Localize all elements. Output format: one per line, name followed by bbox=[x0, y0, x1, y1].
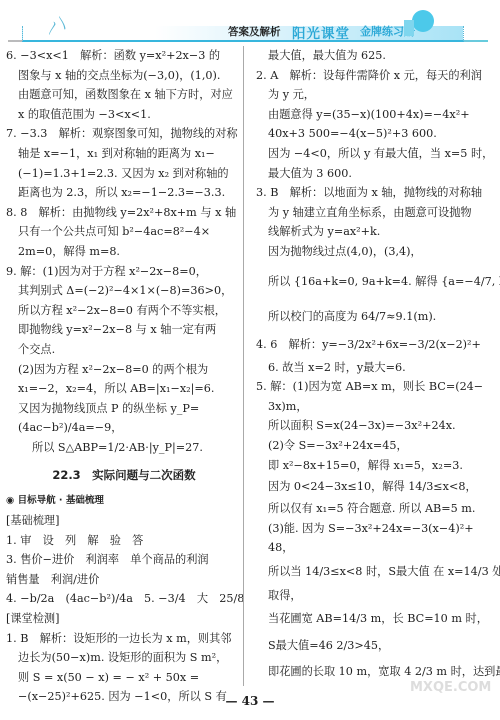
nav-tag: ◉ 目标导航 · 基础梳理 bbox=[6, 491, 242, 511]
text-line: 边长为(50−x)m. 设矩形的面积为 S m²， bbox=[6, 648, 242, 668]
text-line: 最大值为 3 600. bbox=[256, 164, 492, 184]
text-line: 销售量 利润/进价 bbox=[6, 570, 242, 590]
text-line: 由题意可知，函数图象在 x 轴下方时，对应 bbox=[6, 85, 242, 105]
nav-tag-label: 目标导航 · 基础梳理 bbox=[18, 495, 104, 506]
subsection-heading: [课堂检测] bbox=[6, 609, 242, 629]
text-line: 1. 审 设 列 解 验 答 bbox=[6, 531, 242, 551]
text-line: 6. 故当 x=2 时，y最大=6. bbox=[256, 358, 492, 378]
text-line: 所以方程 x²−2x−8=0 有两个不等实根， bbox=[6, 301, 242, 321]
text-line: 又因为抛物线顶点 P 的纵坐标 y_P= bbox=[6, 399, 242, 419]
text-line: 3. B 解析：以地面为 x 轴，抛物线的对称轴 bbox=[256, 183, 492, 203]
text-line: 2. A 解析：设每件需降价 x 元，每天的利润 bbox=[256, 66, 492, 86]
watermark: MXQE.COM bbox=[410, 680, 491, 695]
page-number: — 43 — bbox=[0, 694, 500, 708]
text-line: x₁=−2，x₂=4，所以 AB=|x₁−x₂|=6. bbox=[6, 379, 242, 399]
text-line: 7. −3.3 解析：观察图象可知，抛物线的对称 bbox=[6, 124, 242, 144]
text-line: 40x+3 500=−4(x−5)²+3 600. bbox=[256, 124, 492, 144]
text-line: 因为 −4<0，所以 y 有最大值，当 x=5 时， bbox=[256, 144, 492, 164]
text-line: 图象与 x 轴的交点坐标为(−3,0)，(1,0). bbox=[6, 66, 242, 86]
text-line: (2)令 S=−3x²+24x=45， bbox=[256, 436, 492, 456]
text-line: 5. 解：(1)因为宽 AB=x m，则长 BC=(24− bbox=[256, 377, 492, 397]
text-line: 距离也为 2.3，所以 x₂=−1−2.3=−3.3. bbox=[6, 183, 242, 203]
text-line: 1. B 解析：设矩形的一边长为 x m，则其邻 bbox=[6, 629, 242, 649]
text-line: 轴是 x=−1，x₁ 到对称轴的距离为 x₁− bbox=[6, 144, 242, 164]
text-line: 取得， bbox=[256, 586, 492, 606]
text-line: 由题意得 y=(35−x)(100+4x)=−4x²+ bbox=[256, 105, 492, 125]
left-column: 6. −3<x<1 解析：函数 y=x²+2x−3 的 图象与 x 轴的交点坐标… bbox=[6, 46, 242, 707]
subsection-heading: [基础梳理] bbox=[6, 511, 242, 531]
header-label: 答案及解析 bbox=[228, 24, 281, 39]
text-line: 因为抛物线过点(4,0)，(3,4)， bbox=[256, 242, 492, 262]
text-line: 6. −3<x<1 解析：函数 y=x²+2x−3 的 bbox=[6, 46, 242, 66]
text-line: 其判别式 Δ=(−2)²−4×1×(−8)=36>0， bbox=[6, 281, 242, 301]
text-line: S最大值=46 2/3>45， bbox=[256, 633, 492, 659]
header-title: 阳光课堂 bbox=[292, 22, 350, 42]
text-line: 最大值，最大值为 625. bbox=[256, 46, 492, 66]
text-line: 当花圃宽 AB=14/3 m，长 BC=10 m 时， bbox=[256, 605, 492, 633]
text-line: 4. 6 解析：y=−3/2x²+6x=−3/2(x−2)²+ bbox=[256, 332, 492, 358]
text-line: 即 x²−8x+15=0，解得 x₁=5，x₂=3. bbox=[256, 456, 492, 476]
text-line: 为 y 元， bbox=[256, 85, 492, 105]
text-line: 9. 解：(1)因为对于方程 x²−2x−8=0， bbox=[6, 262, 242, 282]
bird-icon: 〵 bbox=[56, 14, 70, 34]
text-line: 个交点. bbox=[6, 340, 242, 360]
section-title: 22.3 实际问题与二次函数 bbox=[6, 467, 242, 483]
right-column: 最大值，最大值为 625. 2. A 解析：设每件需降价 x 元，每天的利润 为… bbox=[256, 46, 492, 685]
column-divider bbox=[243, 46, 244, 686]
text-line: 所以 {16a+k=0, 9a+k=4. 解得 {a=−4/7, k=64/7. bbox=[256, 262, 492, 302]
text-line: x 的取值范围为 −3<x<1. bbox=[6, 105, 242, 125]
text-line: 4. −b/2a (4ac−b²)/4a 5. −3/4 大 25/8 bbox=[6, 589, 242, 609]
text-line: 即抛物线 y=x²−2x−8 与 x 轴一定有两 bbox=[6, 320, 242, 340]
text-line: 线解析式为 y=ax²+k. bbox=[256, 222, 492, 242]
text-line: 3. 售价−进价 利润率 单个商品的利润 bbox=[6, 550, 242, 570]
text-line: 所以仅有 x₁=5 符合题意. 所以 AB=5 m. bbox=[256, 499, 492, 519]
text-line: (3)能. 因为 S=−3x²+24x=−3(x−4)²+ bbox=[256, 519, 492, 539]
text-line: 因为 0<24−3x≤10，解得 14/3≤x<8， bbox=[256, 475, 492, 499]
text-line: 只有一个公共点可知 b²−4ac=8²−4× bbox=[6, 222, 242, 242]
text-line: 为 y 轴建立直角坐标系，由题意可设抛物 bbox=[256, 203, 492, 223]
lighthouse-icon bbox=[412, 10, 434, 32]
text-line: 48， bbox=[256, 538, 492, 558]
text-line: 2m=0，解得 m=8. bbox=[6, 242, 242, 262]
text-line: 所以 S△ABP=1/2·AB·|y_P|=27. bbox=[6, 438, 242, 458]
text-line: (2)因为方程 x²−2x−8=0 的两个根为 bbox=[6, 360, 242, 380]
text-line: 所以校门的高度为 64/7≈9.1(m). bbox=[256, 302, 492, 332]
text-line: (4ac−b²)/4a=−9， bbox=[6, 418, 242, 438]
text-line: 3x)m， bbox=[256, 397, 492, 417]
text-line: 则 S = x(50 − x) = − x² + 50x = bbox=[6, 668, 242, 688]
text-line: 8. 8 解析：由抛物线 y=2x²+8x+m 与 x 轴 bbox=[6, 203, 242, 223]
building-icon bbox=[404, 20, 414, 36]
page-header: 〳 〵 答案及解析 阳光课堂 金牌练习册 bbox=[0, 0, 500, 48]
text-line: 所以当 14/3≤x<8 时，S最大值 在 x=14/3 处 bbox=[256, 558, 492, 586]
text-line: 所以面积 S=x(24−3x)=−3x²+24x. bbox=[256, 416, 492, 436]
text-line: (−1)=1.3+1=2.3. 又因为 x₂ 到对称轴的 bbox=[6, 164, 242, 184]
